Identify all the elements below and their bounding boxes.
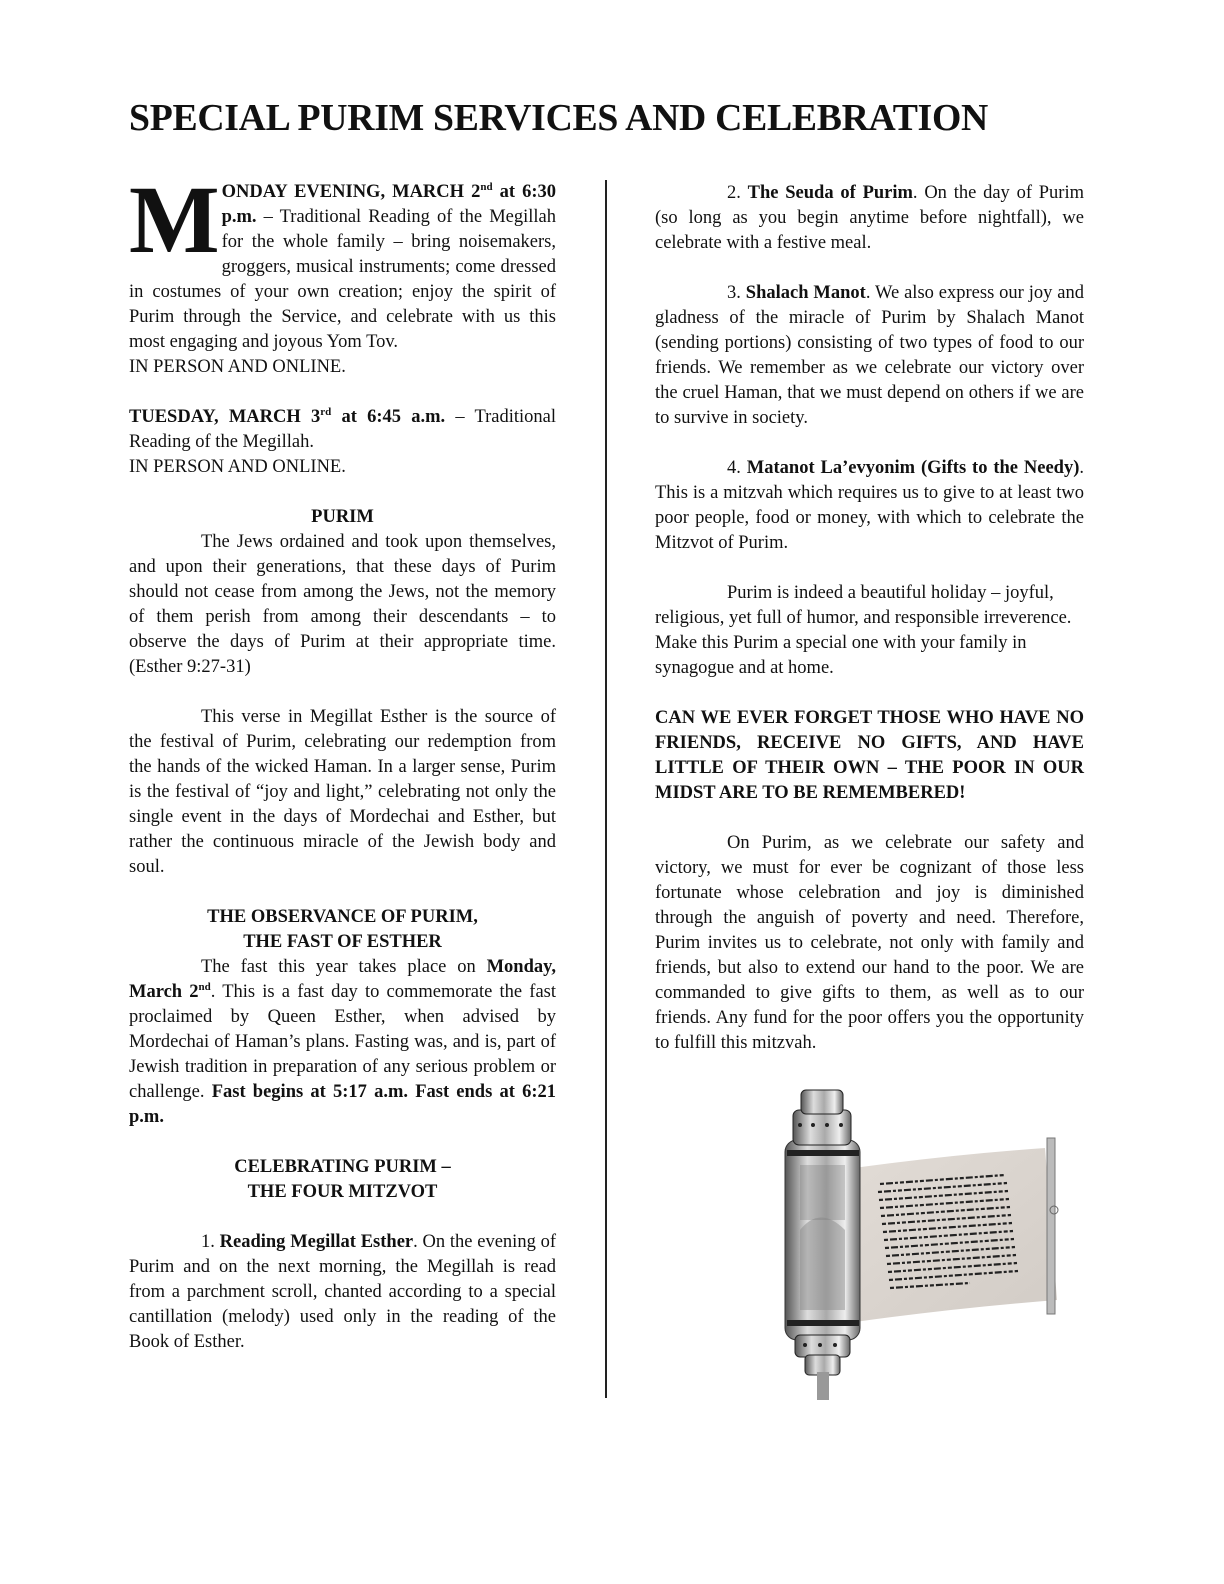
fast-paragraph: The fast this year takes place on Monday…	[129, 955, 556, 1130]
tuesday-service: TUESDAY, MARCH 3rd at 6:45 a.m. – Tradit…	[129, 405, 556, 455]
left-column: MONDAY EVENING, MARCH 2nd at 6:30 p.m. –…	[129, 180, 556, 1355]
megillah-scroll-icon	[745, 1080, 1075, 1400]
mitzvah-item-1: 1. Reading Megillat Esther. On the eveni…	[129, 1230, 556, 1355]
purim-verse: The Jews ordained and took upon themselv…	[129, 530, 556, 680]
mitzvah-item-2: 2. The Seuda of Purim. On the day of Pur…	[655, 181, 1084, 256]
mitzvot-heading: CELEBRATING PURIM –THE FOUR MITZVOT	[129, 1155, 556, 1205]
closing-paragraph: On Purim, as we celebrate our safety and…	[655, 831, 1084, 1056]
mitzvah-item-3: 3. Shalach Manot. We also express our jo…	[655, 281, 1084, 431]
monday-note: IN PERSON AND ONLINE.	[129, 355, 556, 380]
purim-heading: PURIM	[129, 505, 556, 530]
fast-heading: THE OBSERVANCE OF PURIM,THE FAST OF ESTH…	[129, 905, 556, 955]
column-divider	[605, 180, 607, 1398]
drop-cap: M	[129, 186, 220, 258]
right-column: 2. The Seuda of Purim. On the day of Pur…	[655, 181, 1084, 1056]
purim-paragraph: This verse in Megillat Esther is the sou…	[129, 705, 556, 880]
tuesday-note: IN PERSON AND ONLINE.	[129, 455, 556, 480]
holiday-paragraph: Purim is indeed a beautiful holiday – jo…	[655, 581, 1084, 681]
callout-heading: CAN WE EVER FORGET THOSE WHO HAVE NO FRI…	[655, 706, 1084, 806]
mitzvah-item-4: 4. Matanot La’evyonim (Gifts to the Need…	[655, 456, 1084, 556]
monday-service: MONDAY EVENING, MARCH 2nd at 6:30 p.m. –…	[129, 180, 556, 355]
tuesday-date: TUESDAY, MARCH 3rd at 6:45 a.m.	[129, 407, 445, 427]
page-title: SPECIAL PURIM SERVICES AND CELEBRATION	[129, 96, 988, 140]
